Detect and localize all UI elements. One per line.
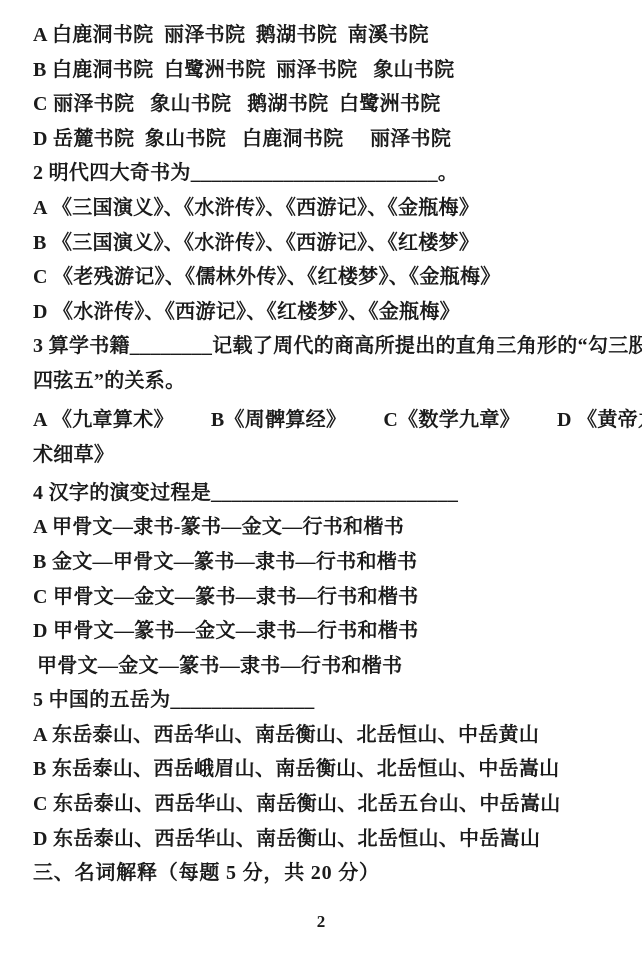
- q3-options-line-1: A 《九章算术》 B《周髀算经》 C《数学九章》 D 《黄帝九章算: [33, 403, 614, 438]
- q4-option-b: B 金文—甲骨文—篆书—隶书—行书和楷书: [33, 545, 614, 580]
- q1-option-b: B 白鹿洞书院 白鹭洲书院 丽泽书院 象山书院: [33, 53, 614, 88]
- q4-option-d: D 甲骨文—篆书—金文—隶书—行书和楷书: [33, 614, 614, 649]
- q4-option-a: A 甲骨文—隶书-篆书—金文—行书和楷书: [33, 510, 614, 545]
- q2-option-a: A 《三国演义》、《水浒传》、《西游记》、《金瓶梅》: [33, 191, 614, 226]
- q1-option-a: A 白鹿洞书院 丽泽书院 鹅湖书院 南溪书院: [33, 18, 614, 53]
- q5-stem: 5 中国的五岳为______________: [33, 683, 614, 718]
- section-3-heading: 三、名词解释（每题 5 分，共 20 分）: [33, 856, 614, 891]
- q3-options-line-2: 术细草》: [33, 438, 614, 473]
- q5-option-d: D 东岳泰山、西岳华山、南岳衡山、北岳恒山、中岳嵩山: [33, 822, 614, 857]
- q2-option-b: B 《三国演义》、《水浒传》、《西游记》、《红楼梦》: [33, 226, 614, 261]
- exam-page: A 白鹿洞书院 丽泽书院 鹅湖书院 南溪书院 B 白鹿洞书院 白鹭洲书院 丽泽书…: [0, 0, 642, 959]
- page-number: 2: [0, 912, 642, 932]
- q4-option-extra: 甲骨文—金文—篆书—隶书—行书和楷书: [33, 649, 614, 684]
- q2-option-c: C 《老残游记》、《儒林外传》、《红楼梦》、《金瓶梅》: [33, 260, 614, 295]
- q5-option-c: C 东岳泰山、西岳华山、南岳衡山、北岳五台山、中岳嵩山: [33, 787, 614, 822]
- q4-option-c: C 甲骨文—金文—篆书—隶书—行书和楷书: [33, 580, 614, 615]
- q2-stem: 2 明代四大奇书为________________________。: [33, 156, 614, 191]
- q1-option-d: D 岳麓书院 象山书院 白鹿洞书院 丽泽书院: [33, 122, 614, 157]
- q2-option-d: D 《水浒传》、《西游记》、《红楼梦》、《金瓶梅》: [33, 295, 614, 330]
- q4-stem: 4 汉字的演变过程是________________________: [33, 476, 614, 511]
- q3-stem-line-1: 3 算学书籍________记载了周代的商高所提出的直角三角形的“勾三股: [33, 329, 614, 364]
- q5-option-b: B 东岳泰山、西岳峨眉山、南岳衡山、北岳恒山、中岳嵩山: [33, 752, 614, 787]
- q5-option-a: A 东岳泰山、西岳华山、南岳衡山、北岳恒山、中岳黄山: [33, 718, 614, 753]
- q3-stem-line-2: 四弦五”的关系。: [33, 364, 614, 399]
- q1-option-c: C 丽泽书院 象山书院 鹅湖书院 白鹭洲书院: [33, 87, 614, 122]
